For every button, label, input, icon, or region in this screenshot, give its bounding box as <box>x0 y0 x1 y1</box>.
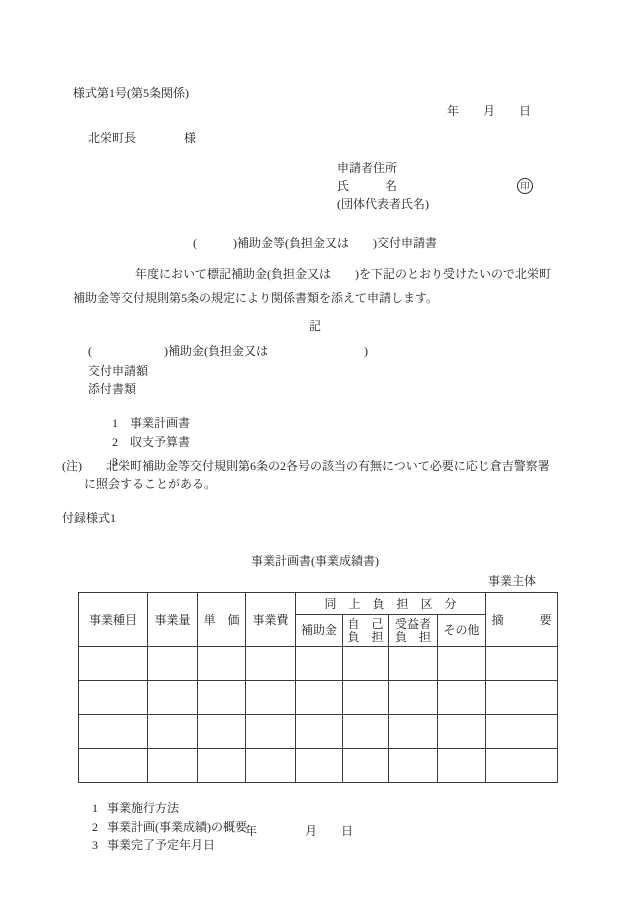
form-page: 様式第1号(第5条関係) 年 月 日 北栄町長 様 申請者住所 氏 名 印 (団… <box>0 0 630 916</box>
completion-date-line: 年 月 日 <box>245 824 353 838</box>
table-empty-cell <box>438 749 486 783</box>
table-empty-cell <box>198 749 246 783</box>
table-empty-cell <box>148 681 198 715</box>
appendix-note-number: 3 <box>92 838 107 852</box>
col-header-unit-price: 単 価 <box>198 593 246 647</box>
table-empty-row <box>79 749 558 783</box>
table-empty-row <box>79 715 558 749</box>
applicant-address-label: 申請者住所 <box>337 161 397 175</box>
table-empty-cell <box>79 749 148 783</box>
col-header-self-line2: 負 担 <box>347 630 383 644</box>
table-empty-cell <box>148 647 198 681</box>
table-empty-cell <box>438 715 486 749</box>
table-empty-row <box>79 647 558 681</box>
project-plan-table: 事業種目 事業量 単 価 事業費 同 上 負 担 区 分 摘 要 補助金 自 己… <box>78 592 558 783</box>
table-empty-cell <box>79 681 148 715</box>
table-empty-cell <box>148 715 198 749</box>
record-marker: 記 <box>0 319 630 333</box>
table-empty-row <box>79 681 558 715</box>
col-header-beneficiary-line2: 負 担 <box>395 630 431 644</box>
table-empty-cell <box>246 681 296 715</box>
body-paragraph-line2: 補助金等交付規則第5条の規定により関係書類を添えて申請します。 <box>73 291 438 305</box>
col-header-subsidy: 補助金 <box>296 615 343 647</box>
form-number: 様式第1号(第5条関係) <box>73 86 189 100</box>
table-empty-cell <box>486 715 558 749</box>
table-empty-cell <box>246 749 296 783</box>
table-empty-cell <box>148 749 198 783</box>
body-paragraph-line1: 年度において標記補助金(負担金又は )を下記のとおり受けたいので北栄町 <box>135 267 551 281</box>
table-empty-cell <box>198 715 246 749</box>
date-line: 年 月 日 <box>447 104 531 118</box>
table-empty-cell <box>343 715 389 749</box>
table-empty-cell <box>438 681 486 715</box>
attachment-item-label: 収支予算書 <box>130 435 190 449</box>
application-amount-label: 交付申請額 <box>88 364 148 378</box>
table-empty-cell <box>486 749 558 783</box>
col-header-project-item: 事業種目 <box>79 593 148 647</box>
table-empty-cell <box>198 647 246 681</box>
appendix-note-label: 事業完了予定年月日 <box>107 838 215 852</box>
table-empty-cell <box>79 647 148 681</box>
appendix-label: 付録様式1 <box>62 511 116 525</box>
col-header-burden-group: 同 上 負 担 区 分 <box>296 593 486 615</box>
table-empty-cell <box>389 749 438 783</box>
table-empty-cell <box>296 647 343 681</box>
table-empty-cell <box>343 681 389 715</box>
note-line1: (注) 北栄町補助金等交付規則第6条の2各号の該当の有無について必要に応じ倉吉警… <box>62 459 550 473</box>
applicant-representative-label: (団体代表者氏名) <box>337 197 429 211</box>
col-header-cost: 事業費 <box>246 593 296 647</box>
addressee-line: 北栄町長 様 <box>88 131 196 145</box>
applicant-name-label: 氏 名 <box>337 179 397 193</box>
col-header-other: その他 <box>438 615 486 647</box>
col-header-self-line1: 自 己 <box>347 617 383 631</box>
table-empty-cell <box>486 681 558 715</box>
table-empty-cell <box>343 647 389 681</box>
document-title: ( )補助金等(負担金又は )交付申請書 <box>0 236 630 250</box>
attachments-label: 添付書類 <box>88 382 136 396</box>
entity-label: 事業主体 <box>488 574 536 588</box>
appendix-table-title: 事業計画書(事業成績書) <box>0 554 630 568</box>
note-line2: に照会することがある。 <box>84 477 216 491</box>
table-empty-cell <box>438 647 486 681</box>
table-header-row-1: 事業種目 事業量 単 価 事業費 同 上 負 担 区 分 摘 要 <box>79 593 558 615</box>
table-empty-cell <box>296 715 343 749</box>
table-empty-cell <box>389 715 438 749</box>
appendix-note-item: 3事業完了予定年月日 <box>80 824 215 866</box>
table-empty-cell <box>486 647 558 681</box>
col-header-beneficiary-line1: 受益者 <box>395 617 431 631</box>
table-empty-cell <box>296 681 343 715</box>
table-empty-cell <box>296 749 343 783</box>
table-empty-cell <box>79 715 148 749</box>
table-empty-cell <box>246 715 296 749</box>
table-empty-cell <box>246 647 296 681</box>
table-empty-cell <box>198 681 246 715</box>
col-header-self-burden: 自 己負 担 <box>343 615 389 647</box>
col-header-beneficiary-burden: 受益者負 担 <box>389 615 438 647</box>
seal-character: 印 <box>520 182 529 191</box>
seal-stamp-icon: 印 <box>517 178 533 194</box>
table-empty-cell <box>389 647 438 681</box>
col-header-quantity: 事業量 <box>148 593 198 647</box>
table-empty-cell <box>343 749 389 783</box>
table-empty-cell <box>389 681 438 715</box>
subsidy-name-line: ( )補助金(負担金又は ) <box>88 344 368 358</box>
col-header-remarks: 摘 要 <box>486 593 558 647</box>
